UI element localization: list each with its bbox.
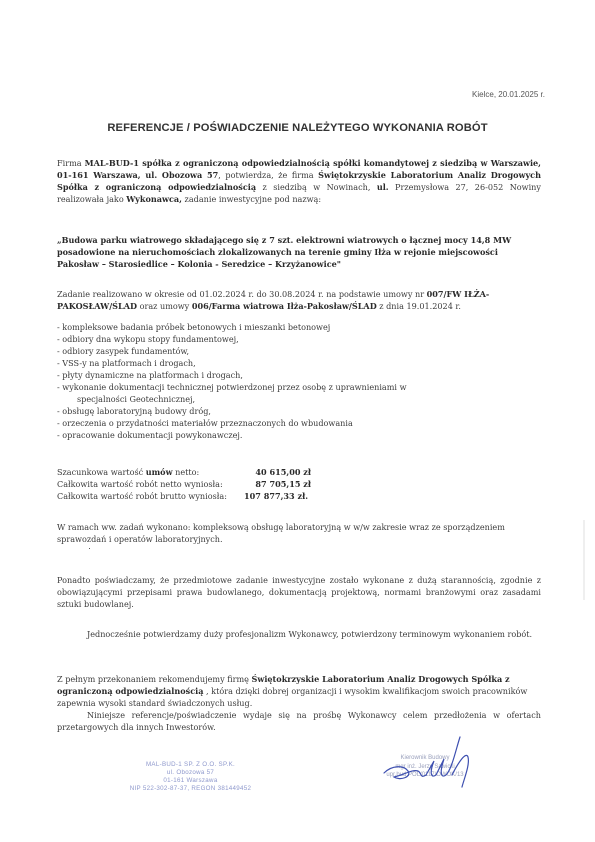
value-amount: 40 615,00 zł bbox=[244, 466, 311, 478]
recommend-paragraph: Z pełnym przekonaniem rekomendujemy firm… bbox=[57, 673, 541, 709]
task-name: „Budowa parku wiatrowego składającego si… bbox=[57, 234, 541, 270]
stamp-line: 01-161 Warszawa bbox=[88, 777, 293, 785]
value-label: Szacunkowa wartość umów netto: bbox=[57, 466, 244, 478]
intro-paragraph: Firma MAL-BUD-1 spółka z ograniczoną odp… bbox=[57, 157, 541, 205]
moreover-paragraph: Ponadto poświadczamy, że przedmiotowe za… bbox=[57, 574, 541, 610]
request-paragraph: Niniejsze referencje/poświadczenie wydaj… bbox=[57, 709, 541, 733]
scope-item: - płyty dynamiczne na platformach i drog… bbox=[57, 369, 541, 381]
scope-item: - odbiory dna wykopu stopy fundamentowej… bbox=[57, 333, 541, 345]
stray-dot bbox=[89, 548, 90, 549]
stamp-line: MAL-BUD-1 SP. Z O.O. SP.K. bbox=[88, 761, 293, 769]
scope-item: - odbiory zasypek fundamentów, bbox=[57, 345, 541, 357]
contractor-role: Wykonawca, bbox=[126, 194, 182, 204]
scope-paragraph: W ramach ww. zadań wykonano: kompleksową… bbox=[57, 521, 541, 545]
scope-list: - kompleksowe badania próbek betonowych … bbox=[57, 321, 541, 441]
intro-text: , potwierdza, że firma bbox=[218, 170, 318, 180]
confirm-paragraph: Jednocześnie potwierdzamy duży profesjon… bbox=[57, 628, 541, 640]
recommend-text: Z pełnym przekonaniem rekomendujemy firm… bbox=[57, 674, 252, 684]
scope-item: - opracowanie dokumentacji powykonawczej… bbox=[57, 429, 541, 441]
value-row-estimated: Szacunkowa wartość umów netto: 40 615,00… bbox=[57, 466, 541, 478]
street-abbrev: ul. bbox=[377, 182, 389, 192]
request-text: Niniejsze referencje/poświadczenie wydaj… bbox=[57, 710, 541, 732]
stamp-line: NIP 522-302-87-37, REGON 381449452 bbox=[88, 785, 293, 793]
document-page: Kielce, 20.01.2025 r. REFERENCJE / POŚWI… bbox=[0, 0, 595, 842]
document-title: REFERENCJE / POŚWIADCZENIE NALEŻYTEGO WY… bbox=[0, 122, 595, 134]
period-text: z dnia 19.01.2024 r. bbox=[377, 301, 461, 311]
period-paragraph: Zadanie realizowano w okresie od 01.02.2… bbox=[57, 288, 541, 312]
value-row-net: Całkowita wartość robót netto wyniosła: … bbox=[57, 478, 541, 490]
scope-item: - kompleksowe badania próbek betonowych … bbox=[57, 321, 541, 333]
value-label: Całkowita wartość robót brutto wyniosła: bbox=[57, 490, 244, 502]
period-text: Zadanie realizowano w okresie od 01.02.2… bbox=[57, 289, 427, 299]
scope-item: - orzeczenia o przydatności materiałów p… bbox=[57, 417, 541, 429]
value-amount: 87 705,15 zł bbox=[244, 478, 311, 490]
value-row-gross: Całkowita wartość robót brutto wyniosła:… bbox=[57, 490, 541, 502]
values-table: Szacunkowa wartość umów netto: 40 615,00… bbox=[57, 466, 541, 502]
value-amount: 107 877,33 zł. bbox=[244, 490, 324, 502]
contract-number-2: 006/Farma wiatrowa Iłża-Pakosław/ŚLAD bbox=[192, 301, 377, 311]
stamp-line: ul. Obozowa 57 bbox=[88, 769, 293, 777]
document-date: Kielce, 20.01.2025 r. bbox=[472, 90, 545, 99]
company-stamp: MAL-BUD-1 SP. Z O.O. SP.K. ul. Obozowa 5… bbox=[88, 761, 293, 793]
scope-item-continuation: specjalności Geotechnicznej, bbox=[67, 393, 541, 405]
handwritten-signature-icon bbox=[378, 735, 498, 795]
scope-item: - wykonanie dokumentacji technicznej pot… bbox=[57, 381, 541, 405]
value-label: Całkowita wartość robót netto wyniosła: bbox=[57, 478, 244, 490]
scan-artifact bbox=[583, 520, 585, 600]
intro-text: zadanie inwestycyjne pod nazwą: bbox=[182, 194, 321, 204]
scope-item: - obsługę laboratoryjną budowy dróg, bbox=[57, 405, 541, 417]
intro-text: z siedzibą w Nowinach, bbox=[256, 182, 377, 192]
intro-text: Firma bbox=[57, 158, 85, 168]
scope-item-text: - wykonanie dokumentacji technicznej pot… bbox=[57, 382, 407, 392]
period-text: oraz umowy bbox=[137, 301, 192, 311]
confirm-text: Jednocześnie potwierdzamy duży profesjon… bbox=[87, 629, 532, 639]
scope-item: - VSS-y na platformach i drogach, bbox=[57, 357, 541, 369]
